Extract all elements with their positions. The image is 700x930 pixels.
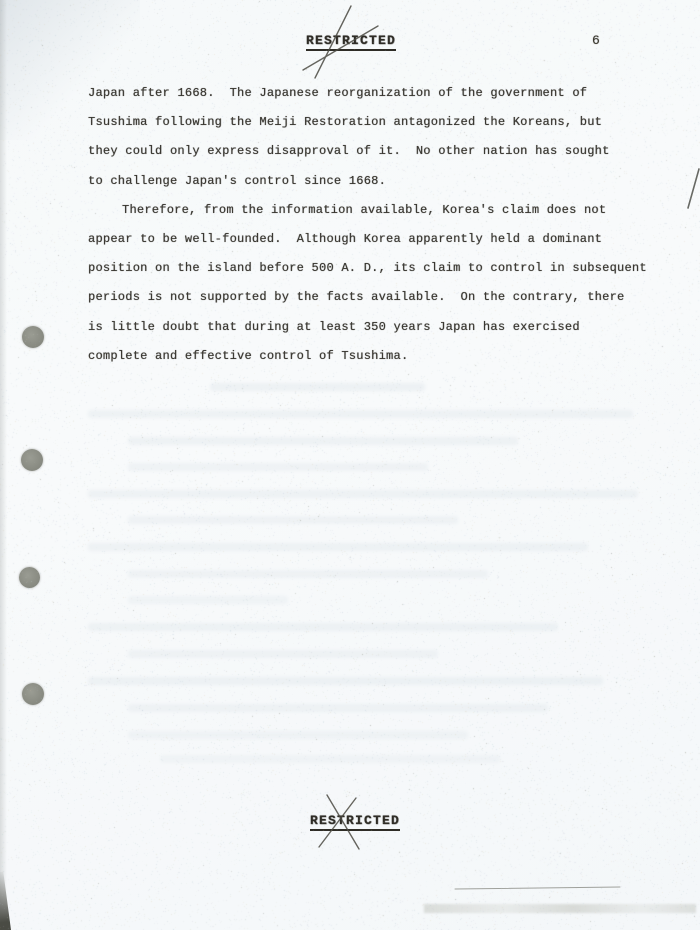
- punch-hole: [21, 449, 43, 471]
- typed-line: Japan after 1668. The Japanese reorganiz…: [88, 79, 673, 108]
- bottom-left-shadow-wedge: [0, 872, 11, 930]
- bleed-through-line: [128, 731, 468, 739]
- typed-line: to challenge Japan's control since 1668.: [88, 167, 673, 196]
- typed-line: Therefore, from the information availabl…: [88, 196, 673, 225]
- classification-stamp-top: RESTRICTED: [306, 33, 396, 51]
- bleed-through-line: [128, 463, 428, 471]
- bleed-through-line: [88, 623, 558, 631]
- bleed-through-line: [160, 755, 500, 763]
- scratch-line-bottom: [455, 887, 620, 889]
- bleed-through-line: [88, 677, 603, 685]
- bleed-through-line: [128, 570, 488, 578]
- bleed-through-line: [128, 596, 288, 604]
- pen-mark-right-edge: [688, 169, 699, 208]
- punch-hole: [19, 567, 40, 588]
- bleed-through-line: [128, 516, 458, 524]
- scanner-grain-band: [424, 904, 696, 913]
- typed-line: complete and effective control of Tsushi…: [88, 342, 673, 371]
- typed-line: is little doubt that during at least 350…: [88, 313, 673, 342]
- bleed-through-line: [128, 650, 438, 658]
- typed-line: position on the island before 500 A. D.,…: [88, 254, 673, 283]
- typed-line: appear to be well-founded. Although Kore…: [88, 225, 673, 254]
- scanned-document-page: RESTRICTED RESTRICTED 6 Japan after 1668…: [0, 0, 700, 930]
- typed-line: periods is not supported by the facts av…: [88, 283, 673, 312]
- page-number: 6: [592, 33, 600, 48]
- bleed-through-line: [88, 490, 638, 498]
- typed-line: they could only express disapproval of i…: [88, 137, 673, 166]
- bleed-through-line: [210, 383, 425, 391]
- left-edge-shadow: [0, 0, 7, 930]
- punch-hole: [22, 326, 44, 348]
- punch-hole: [22, 683, 44, 705]
- classification-stamp-bottom: RESTRICTED: [310, 813, 400, 831]
- bleed-through-line: [88, 543, 588, 551]
- bleed-through-line: [128, 437, 518, 445]
- bleed-through-line: [128, 704, 548, 712]
- bleed-through-line: [88, 410, 633, 418]
- document-body: Japan after 1668. The Japanese reorganiz…: [88, 79, 673, 371]
- typed-line: Tsushima following the Meiji Restoration…: [88, 108, 673, 137]
